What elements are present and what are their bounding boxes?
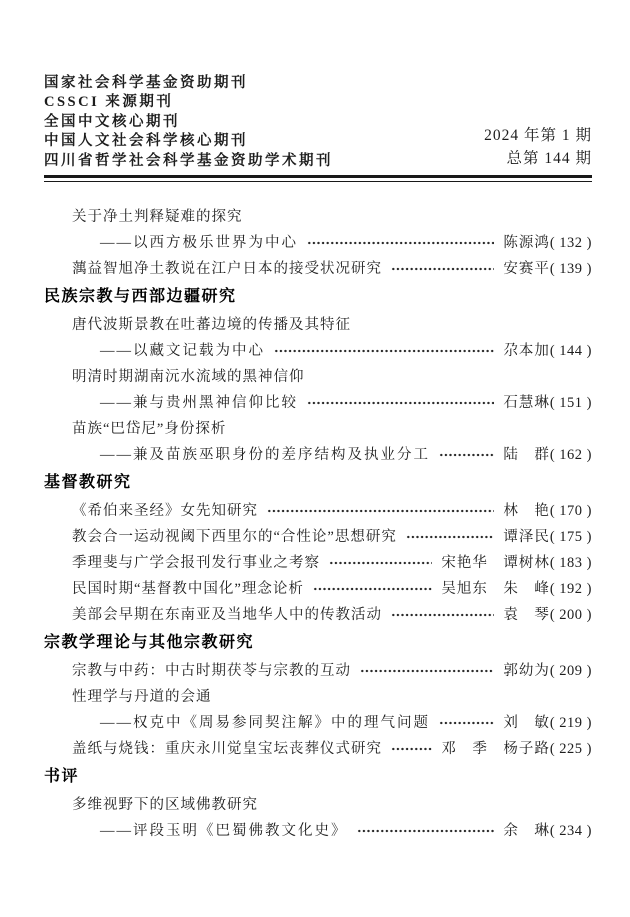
toc-entry-title-row: 蕅益智旭净土教说在江户日本的接受状况研究安赛平( 139 ) [44, 256, 592, 282]
issue-info: 2024 年第 1 期 总第 144 期 [484, 124, 592, 171]
toc-entry-title-row: 宗教与中药：中古时期茯苓与宗教的互动郭幼为( 209 ) [44, 658, 592, 684]
section-heading: 基督教研究 [44, 470, 592, 496]
entry-page-number: ( 219 ) [550, 710, 592, 736]
toc-entry-title-row: 美部会早期在东南亚及当地华人中的传教活动袁 琴( 200 ) [44, 602, 592, 628]
entry-title: 教会合一运动视阈下西里尔的“合性论”思想研究 [72, 524, 397, 550]
entry-page-number: ( 139 ) [550, 256, 592, 282]
entry-title: 蕅益智旭净土教说在江户日本的接受状况研究 [72, 256, 382, 282]
toc-entry-title-row: 多维视野下的区域佛教研究 [44, 792, 592, 818]
entry-title: 明清时期湖南沅水流域的黑神信仰 [72, 364, 305, 390]
entry-page-number: ( 183 ) [550, 550, 592, 576]
credential-line: 四川省哲学社会科学基金资助学术期刊 [44, 152, 333, 171]
entry-authors: 安赛平 [503, 256, 550, 282]
toc-entry-title-row: 唐代波斯景教在吐蕃边境的传播及其特征 [44, 312, 592, 338]
dot-leader [307, 230, 494, 256]
entry-authors: 石慧琳 [503, 390, 550, 416]
credential-line: 全国中文核心期刊 [44, 113, 333, 132]
dot-leader [307, 390, 494, 416]
entry-subtitle: ——以西方极乐世界为中心 [100, 230, 298, 256]
entry-authors: 邓 季 杨子路 [441, 736, 550, 762]
dot-leader [406, 524, 494, 550]
dot-leader [360, 658, 494, 684]
entry-subtitle: ——评段玉明《巴蜀佛教文化史》 [100, 818, 348, 844]
entry-page-number: ( 132 ) [550, 230, 592, 256]
entry-subtitle: ——兼与贵州黑神信仰比较 [100, 390, 298, 416]
toc-entry-title-row: 明清时期湖南沅水流域的黑神信仰 [44, 364, 592, 390]
toc-entry-title-row: 《希伯来圣经》女先知研究林 艳( 170 ) [44, 498, 592, 524]
toc-entry-title-row: 关于净土判释疑难的探究 [44, 204, 592, 230]
toc-entry-subtitle-row: ——以西方极乐世界为中心陈源鸿( 132 ) [44, 230, 592, 256]
cumulative-issue-number: 总第 144 期 [484, 147, 592, 170]
toc-entry-subtitle-row: ——评段玉明《巴蜀佛教文化史》余 琳( 234 ) [44, 818, 592, 844]
credential-line: 中国人文社会科学核心期刊 [44, 132, 333, 151]
entry-page-number: ( 162 ) [550, 442, 592, 468]
entry-title: 民国时期“基督教中国化”理念论析 [72, 576, 304, 602]
entry-authors: 余 琳 [503, 818, 550, 844]
toc-entry-subtitle-row: ——以藏文记载为中心尕本加( 144 ) [44, 338, 592, 364]
masthead: 国家社会科学基金资助期刊 CSSCI 来源期刊 全国中文核心期刊 中国人文社会科… [44, 74, 592, 171]
entry-authors: 刘 敏 [503, 710, 550, 736]
entry-authors: 陈源鸿 [503, 230, 550, 256]
credential-line: 国家社会科学基金资助期刊 [44, 74, 333, 93]
entry-title: 美部会早期在东南亚及当地华人中的传教活动 [72, 602, 382, 628]
dot-leader [313, 576, 432, 602]
toc-entry-subtitle-row: ——兼与贵州黑神信仰比较石慧琳( 151 ) [44, 390, 592, 416]
dot-leader [439, 710, 494, 736]
entry-authors: 陆 群 [503, 442, 550, 468]
journal-toc-page: 国家社会科学基金资助期刊 CSSCI 来源期刊 全国中文核心期刊 中国人文社会科… [0, 0, 630, 917]
entry-page-number: ( 170 ) [550, 498, 592, 524]
dot-leader [357, 818, 495, 844]
dot-leader [267, 498, 494, 524]
entry-authors: 林 艳 [503, 498, 550, 524]
toc-entry-subtitle-row: ——权克中《周易参同契注解》中的理气问题刘 敏( 219 ) [44, 710, 592, 736]
entry-title: 宗教与中药：中古时期茯苓与宗教的互动 [72, 658, 351, 684]
entry-page-number: ( 192 ) [550, 576, 592, 602]
entry-page-number: ( 200 ) [550, 602, 592, 628]
toc-entry-title-row: 季理斐与广学会报刊发行事业之考察宋艳华 谭树林( 183 ) [44, 550, 592, 576]
entry-title: 苗族“巴岱尼”身份探析 [72, 416, 226, 442]
entry-title: 性理学与丹道的会通 [72, 684, 212, 710]
entry-authors: 尕本加 [503, 338, 550, 364]
section-heading: 宗教学理论与其他宗教研究 [44, 630, 592, 656]
credential-line: CSSCI 来源期刊 [44, 93, 333, 112]
entry-page-number: ( 225 ) [550, 736, 592, 762]
entry-authors: 袁 琴 [503, 602, 550, 628]
toc-entry-title-row: 性理学与丹道的会通 [44, 684, 592, 710]
dot-leader [391, 602, 494, 628]
entry-authors: 谭泽民 [503, 524, 550, 550]
issue-number: 2024 年第 1 期 [484, 124, 592, 147]
dot-leader [274, 338, 494, 364]
section-heading: 民族宗教与西部边疆研究 [44, 284, 592, 310]
entry-title: 多维视野下的区域佛教研究 [72, 792, 258, 818]
entry-subtitle: ——兼及苗族巫职身份的差序结构及执业分工 [100, 442, 430, 468]
section-heading: 书评 [44, 764, 592, 790]
dot-leader [391, 256, 494, 282]
entry-subtitle: ——以藏文记载为中心 [100, 338, 265, 364]
entry-authors: 宋艳华 谭树林 [441, 550, 550, 576]
entry-authors: 吴旭东 朱 峰 [441, 576, 550, 602]
entry-page-number: ( 234 ) [550, 818, 592, 844]
toc-entry-title-row: 民国时期“基督教中国化”理念论析吴旭东 朱 峰( 192 ) [44, 576, 592, 602]
entry-title: 关于净土判释疑难的探究 [72, 204, 243, 230]
entry-page-number: ( 151 ) [550, 390, 592, 416]
toc-entry-title-row: 盖纸与烧钱：重庆永川觉皇宝坛丧葬仪式研究邓 季 杨子路( 225 ) [44, 736, 592, 762]
header-rule [44, 175, 592, 182]
entry-subtitle: ——权克中《周易参同契注解》中的理气问题 [100, 710, 430, 736]
entry-page-number: ( 175 ) [550, 524, 592, 550]
entry-authors: 郭幼为 [503, 658, 550, 684]
toc-entry-title-row: 苗族“巴岱尼”身份探析 [44, 416, 592, 442]
toc-entry-title-row: 教会合一运动视阈下西里尔的“合性论”思想研究谭泽民( 175 ) [44, 524, 592, 550]
entry-title: 唐代波斯景教在吐蕃边境的传播及其特征 [72, 312, 351, 338]
dot-leader [391, 736, 432, 762]
toc-list: 关于净土判释疑难的探究——以西方极乐世界为中心陈源鸿( 132 )蕅益智旭净土教… [44, 204, 592, 844]
dot-leader [439, 442, 494, 468]
entry-page-number: ( 144 ) [550, 338, 592, 364]
journal-credentials: 国家社会科学基金资助期刊 CSSCI 来源期刊 全国中文核心期刊 中国人文社会科… [44, 74, 333, 171]
entry-page-number: ( 209 ) [550, 658, 592, 684]
entry-title: 季理斐与广学会报刊发行事业之考察 [72, 550, 320, 576]
toc-entry-subtitle-row: ——兼及苗族巫职身份的差序结构及执业分工陆 群( 162 ) [44, 442, 592, 468]
dot-leader [329, 550, 432, 576]
entry-title: 盖纸与烧钱：重庆永川觉皇宝坛丧葬仪式研究 [72, 736, 382, 762]
entry-title: 《希伯来圣经》女先知研究 [72, 498, 258, 524]
